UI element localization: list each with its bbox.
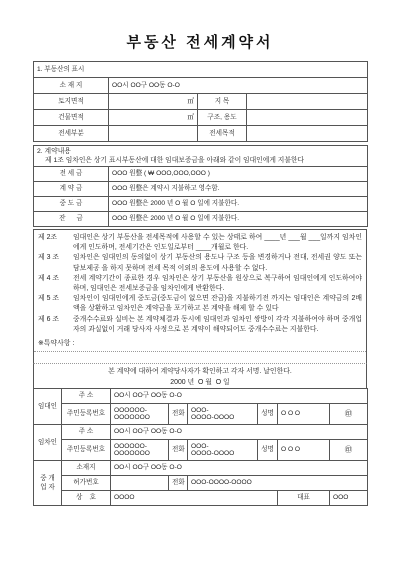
article-2-text: 임대인은 상기 부동산을 전세목적에 사용할 수 있는 상태로 하여 ____년… [73,233,362,253]
lessor-name-label: 성명 [258,404,278,425]
special-provisions-blank-line [34,352,366,363]
lessor-address-row: 임대인 주 소 OO시 OO구 OO동 O-O [34,389,368,404]
structure-label: 구조, 용도 [198,110,247,126]
lessee-id-label: 주민등록번호 [62,440,111,461]
broker-tel-label: 전화 [169,476,188,491]
jeonse-part-label: 전세부분 [34,126,109,142]
broker-role-label: 중 개 업 자 [34,461,62,506]
property-header-row: 1. 부동산의 표시 [34,62,368,78]
lessee-address-row: 임차인 주 소 OO시 OO구 OO동 O-O [34,425,368,440]
article-3: 제 3 조 임차인은 임대인의 동의없이 상기 부동산의 용도나 구조 등을 변… [38,253,362,273]
broker-rep-value: OOO [330,491,368,506]
signing-statement: 본 계약에 대하여 계약당사자가 확인하고 각자 서명. 날인한다. [34,367,366,377]
lessee-address-value: OO시 OO구 OO동 O-O [111,425,368,440]
interim-payment-row: 중 도 금 OOO 원整은 2000 년 O 월 O 일에 지불한다. [34,197,368,212]
land-area-row: 토지면적 ㎡ 지 목 [34,94,368,110]
lessor-seal-mark: ㊞ [330,404,368,425]
jeonse-amount-label: 전 세 금 [34,167,109,182]
jeonse-purpose-value [247,126,368,142]
building-area-row: 건물면적 ㎡ 구조, 용도 [34,110,368,126]
lessor-role-label: 임대인 [34,389,62,425]
jeonse-amount-row: 전 세 금 OOO 원整 ( ₩ OOO,OOO,OOO ) [34,167,368,182]
lessee-name-label: 성명 [258,440,278,461]
doc-title: 부동산 전세계약서 [33,34,367,52]
special-provisions-label: ※특약사항 : [34,337,366,352]
contract-page: 부동산 전세계약서 1. 부동산의 표시 소 재 지 OO시 OO구 OO동 O… [33,0,367,506]
lessor-address-label: 주 소 [62,389,111,404]
interim-payment-label: 중 도 금 [34,197,109,212]
lessor-tel-value: OOO- OOOO-OOOO [188,404,258,425]
broker-shop-label: 상 호 [62,491,111,506]
down-payment-row: 계 약 금 OOO 원整은 계약시 지불하고 영수함. [34,182,368,197]
property-table: 1. 부동산의 표시 소 재 지 OO시 OO구 OO동 O-O 토지면적 ㎡ … [33,61,368,142]
lessee-tel-label: 전화 [169,440,188,461]
article-4-number: 제 4 조 [38,274,73,294]
broker-address-row: 중 개 업 자 소재지 OO시 OO구 OO동 O-O [34,461,368,476]
broker-address-label: 소재지 [62,461,111,476]
building-area-unit: ㎡ [109,110,198,126]
article-6-number: 제 6 조 [38,315,73,335]
broker-shop-value: OOOO [111,491,278,506]
lessor-address-value: OO시 OO구 OO동 O-O [111,389,368,404]
lessee-id-row: 주민등록번호 OOOOOO- OOOOOOO 전화 OOO- OOOO-OOOO… [34,440,368,461]
address-value: OO시 OO구 OO동 O-O [109,78,368,94]
down-payment-label: 계 약 금 [34,182,109,197]
jimok-value [247,94,368,110]
lessor-id-row: 주민등록번호 OOOOOO- OOOOOOO 전화 OOO- OOOO-OOOO… [34,404,368,425]
articles-list: 제 2조 임대인은 상기 부동산을 전세목적에 사용할 수 있는 상태로 하여 … [34,230,366,337]
down-payment-value: OOO 원整은 계약시 지불하고 영수함. [109,182,368,197]
articles-box: 제 2조 임대인은 상기 부동산을 전세목적에 사용할 수 있는 상태로 하여 … [33,229,367,364]
broker-license-row: 허가번호 전화 OOO-OOOO-OOOO [34,476,368,491]
contract-header-title: 2. 계약내용 [37,147,364,156]
jimok-label: 지 목 [198,94,247,110]
jeonse-part-value [109,126,198,142]
article-5-text: 임차인이 임대인에게 중도금(중도금이 없으면 잔금)을 지불하기전 까지는 임… [73,294,362,314]
jeonse-purpose-label: 전세목적 [198,126,247,142]
article-3-text: 임차인은 임대인의 동의없이 상기 부동산의 용도나 구조 등을 변경하거나 전… [73,253,362,273]
lessee-seal-mark: ㊞ [330,440,368,461]
contract-section-header: 2. 계약내용 제 1조 임차인은 상기 표시부동산에 대한 임대보증금을 아래… [34,146,368,167]
balance-payment-value: OOO 원整은 2000 년 O 월 O 일에 지불한다. [109,212,368,227]
lessor-tel-label: 전화 [169,404,188,425]
balance-payment-label: 잔 금 [34,212,109,227]
article-4: 제 4 조 전세 계약기간이 종료한 경우 임차인은 상기 부동산을 원상으로 … [38,274,362,294]
address-label: 소 재 지 [34,78,109,94]
broker-address-value: OO시 OO구 OO동 O-O [111,461,368,476]
article-2-number: 제 2조 [38,233,73,253]
article-3-number: 제 3 조 [38,253,73,273]
article-6-text: 중개수수료와 실비는 본 계약체결과 동시에 임대인과 임차인 쌍방이 각각 지… [73,315,362,335]
article-6: 제 6 조 중개수수료와 실비는 본 계약체결과 동시에 임대인과 임차인 쌍방… [38,315,362,335]
signature-table: 임대인 주 소 OO시 OO구 OO동 O-O 주민등록번호 OOOOOO- O… [33,388,368,506]
balance-payment-row: 잔 금 OOO 원整은 2000 년 O 월 O 일에 지불한다. [34,212,368,227]
lessee-role-label: 임차인 [34,425,62,461]
jeonse-amount-value: OOO 원整 ( ₩ OOO,OOO,OOO ) [109,167,368,182]
lessor-name-value: O O O [278,404,330,425]
interim-payment-value: OOO 원整은 2000 년 O 월 O 일에 지불한다. [109,197,368,212]
contract-header-row: 2. 계약내용 제 1조 임차인은 상기 표시부동산에 대한 임대보증금을 아래… [34,146,368,167]
property-section-header: 1. 부동산의 표시 [34,62,368,78]
structure-value [247,110,368,126]
article-5: 제 5 조 임차인이 임대인에게 중도금(중도금이 없으면 잔금)을 지불하기전… [38,294,362,314]
contract-article1: 제 1조 임차인은 상기 표시부동산에 대한 임대보증금을 아래와 같이 임대인… [37,156,364,165]
signing-statement-block: 본 계약에 대하여 계약당사자가 확인하고 각자 서명. 날인한다. 2000 … [33,364,367,388]
lessee-name-value: O O O [278,440,330,461]
land-area-unit: ㎡ [109,94,198,110]
article-2: 제 2조 임대인은 상기 부동산을 전세목적에 사용할 수 있는 상태로 하여 … [38,233,362,253]
jeonse-part-row: 전세부분 전세목적 [34,126,368,142]
signing-date: 2000 년 O 월 O 일 [34,377,366,388]
broker-rep-label: 대표 [278,491,330,506]
broker-tel-value: OOO-OOOO-OOOO [188,476,368,491]
lessee-tel-value: OOO- OOOO-OOOO [188,440,258,461]
land-area-label: 토지면적 [34,94,109,110]
address-row: 소 재 지 OO시 OO구 OO동 O-O [34,78,368,94]
lessee-id-value: OOOOOO- OOOOOOO [111,440,169,461]
broker-shop-row: 상 호 OOOO 대표 OOO ㊞ [34,491,368,506]
article-4-text: 전세 계약기간이 종료한 경우 임차인은 상기 부동산을 원상으로 복구하여 임… [73,274,362,294]
broker-license-value [111,476,169,491]
lessor-id-label: 주민등록번호 [62,404,111,425]
article-5-number: 제 5 조 [38,294,73,314]
payment-table: 2. 계약내용 제 1조 임차인은 상기 표시부동산에 대한 임대보증금을 아래… [33,145,368,227]
building-area-label: 건물면적 [34,110,109,126]
lessor-id-value: OOOOOO- OOOOOOO [111,404,169,425]
lessee-address-label: 주 소 [62,425,111,440]
broker-license-label: 허가번호 [62,476,111,491]
